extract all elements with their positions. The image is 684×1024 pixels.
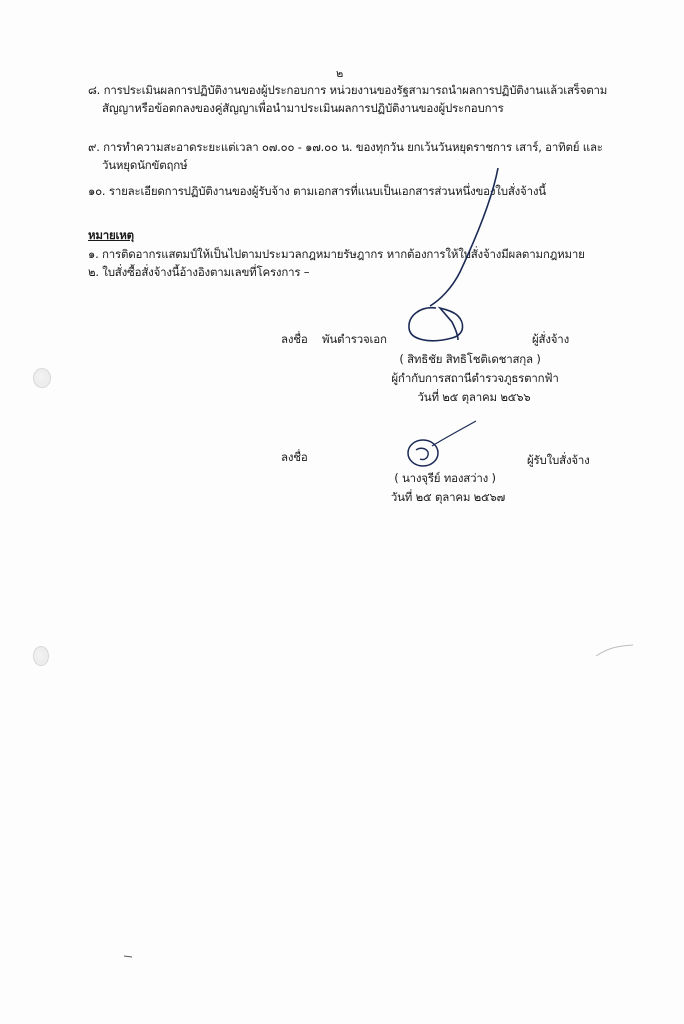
page-number: ๒	[336, 66, 343, 82]
signer-name-1: ( สิทธิชัย สิทธิโชติเดชาสกุล )	[340, 351, 600, 367]
note-2: ๒. ใบสั่งซื้อสั่งจ้างนี้อ้างอิงตามเลขที่…	[88, 264, 309, 280]
signer-name-2: ( นางจุรีย์ ทองสว่าง )	[315, 470, 575, 486]
item-text: การทำความสะอาดระยะแต่เวลา ๐๗.๐๐ - ๑๗.๐๐ …	[103, 140, 603, 154]
item-8-line-2: สัญญาหรือข้อตกลงของคู่สัญญาเพื่อนำมาประเ…	[102, 100, 504, 116]
item-number: ๘.	[88, 83, 100, 97]
item-text: การประเมินผลการปฏิบัติงานของผู้ประกอบการ…	[104, 83, 608, 97]
item-8-line-1: ๘. การประเมินผลการปฏิบัติงานของผู้ประกอบ…	[88, 82, 607, 98]
signature-2-icon	[408, 440, 438, 466]
item-10-line-1: ๑๐. รายละเอียดการปฏิบัติงานของผู้รับจ้าง…	[88, 183, 546, 199]
note-1: ๑. การติดอากรแสตมป์ให้เป็นไปตามประมวลกฎห…	[88, 246, 585, 262]
signer-date-1: วันที่ ๒๕ ตุลาคม ๒๕๖๖	[344, 389, 604, 405]
item-number: ๑๐.	[88, 184, 105, 198]
pencil-mark	[596, 645, 633, 656]
notes-heading: หมายเหตุ	[88, 227, 134, 243]
hole-punch-mark	[33, 368, 51, 388]
signer-role-2: ผู้รับใบสั่งจ้าง	[527, 452, 590, 468]
sign-label-1: ลงชื่อ	[281, 331, 308, 347]
item-9-line-2: วันหยุดนักขัตฤกษ์	[102, 157, 187, 173]
signer-rank: พันตำรวจเอก	[322, 331, 387, 347]
scan-speck	[124, 956, 132, 957]
item-9-line-1: ๙. การทำความสะอาดระยะแต่เวลา ๐๗.๐๐ - ๑๗.…	[88, 139, 603, 155]
signer-date-2: วันที่ ๒๕ ตุลาคม ๒๕๖๗	[318, 489, 578, 505]
item-text: รายละเอียดการปฏิบัติงานของผู้รับจ้าง ตาม…	[109, 184, 546, 198]
item-number: ๙.	[88, 140, 100, 154]
signer-role-1: ผู้สั่งจ้าง	[532, 331, 569, 347]
sign-label-2: ลงชื่อ	[281, 449, 308, 465]
document-page: ๒ ๘. การประเมินผลการปฏิบัติงานของผู้ประก…	[0, 0, 684, 1024]
signer-position-1: ผู้กำกับการสถานีตำรวจภูธรตากฟ้า	[345, 370, 605, 386]
hole-punch-mark	[33, 646, 49, 666]
